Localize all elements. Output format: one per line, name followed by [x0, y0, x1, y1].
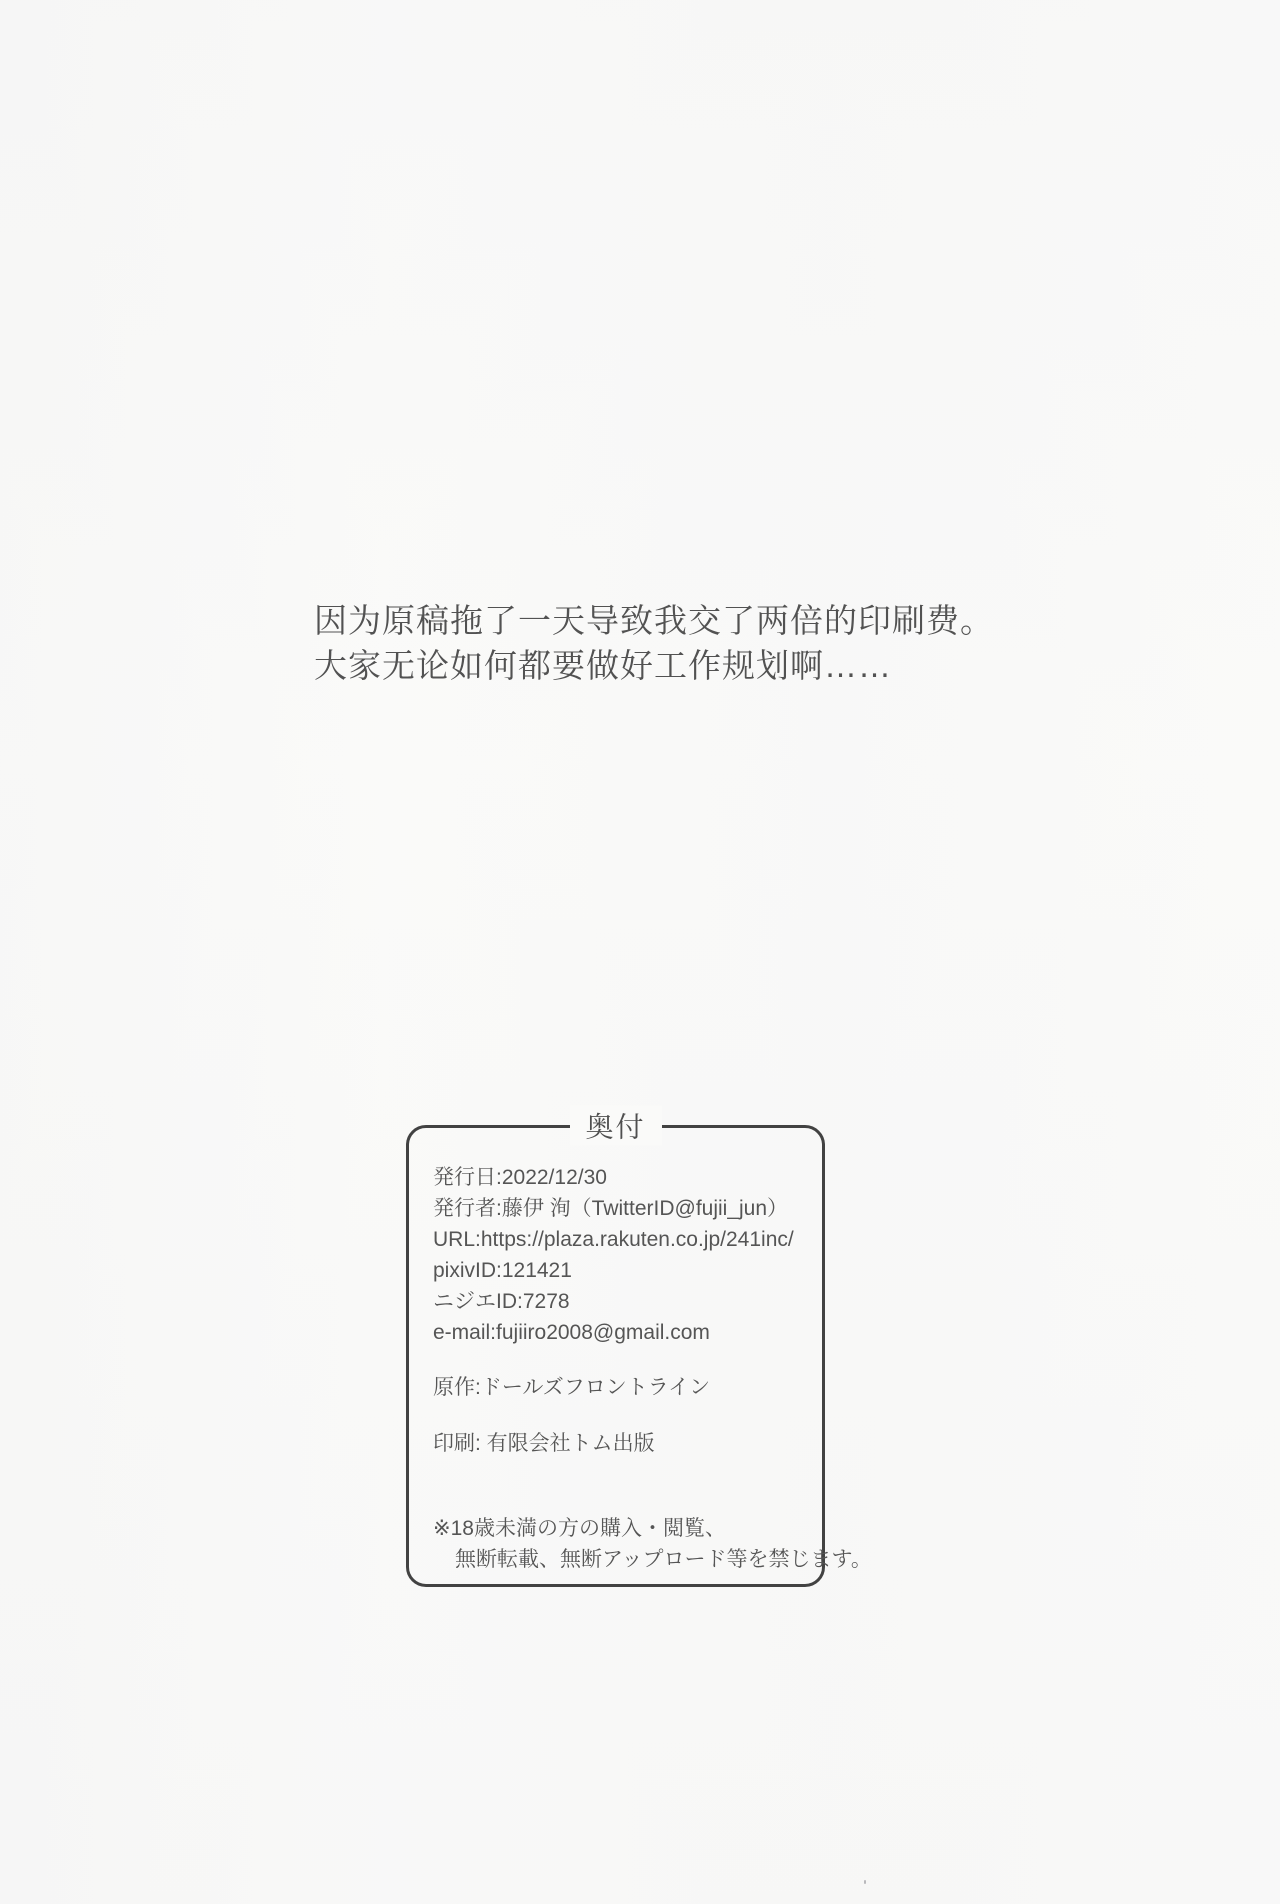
- printer: 印刷: 有限会社トム出版: [433, 1428, 812, 1459]
- afterword-note-line-2: 大家无论如何都要做好工作规划啊……: [314, 643, 994, 688]
- afterword-note: 因为原稿拖了一天导致我交了两倍的印刷费。 大家无论如何都要做好工作规划啊……: [314, 598, 994, 688]
- original-work: 原作:ドールズフロントライン: [433, 1372, 812, 1403]
- scan-dust-speck: [864, 1880, 866, 1884]
- publisher: 発行者:藤伊 洵（TwitterID@fujii_jun）: [433, 1193, 812, 1224]
- publish-date: 発行日:2022/12/30: [433, 1162, 812, 1193]
- colophon-box: 奥付 発行日:2022/12/30 発行者:藤伊 洵（TwitterID@fuj…: [406, 1125, 825, 1587]
- pixiv-id: pixivID:121421: [433, 1255, 812, 1286]
- scan-texture: [0, 0, 1280, 1904]
- nijie-id: ニジエID:7278: [433, 1286, 812, 1317]
- colophon-title: 奥付: [569, 1106, 661, 1146]
- age-disclaimer-line-2: 無断転載、無断アップロード等を禁じます。: [433, 1544, 812, 1575]
- colophon-body: 発行日:2022/12/30 発行者:藤伊 洵（TwitterID@fujii_…: [433, 1162, 812, 1575]
- afterword-note-line-1: 因为原稿拖了一天导致我交了两倍的印刷费。: [314, 598, 994, 643]
- email: e-mail:fujiiro2008@gmail.com: [433, 1317, 812, 1348]
- age-disclaimer-line-1: ※18歳未満の方の購入・閲覧、: [433, 1513, 812, 1544]
- url: URL:https://plaza.rakuten.co.jp/241inc/: [433, 1224, 812, 1255]
